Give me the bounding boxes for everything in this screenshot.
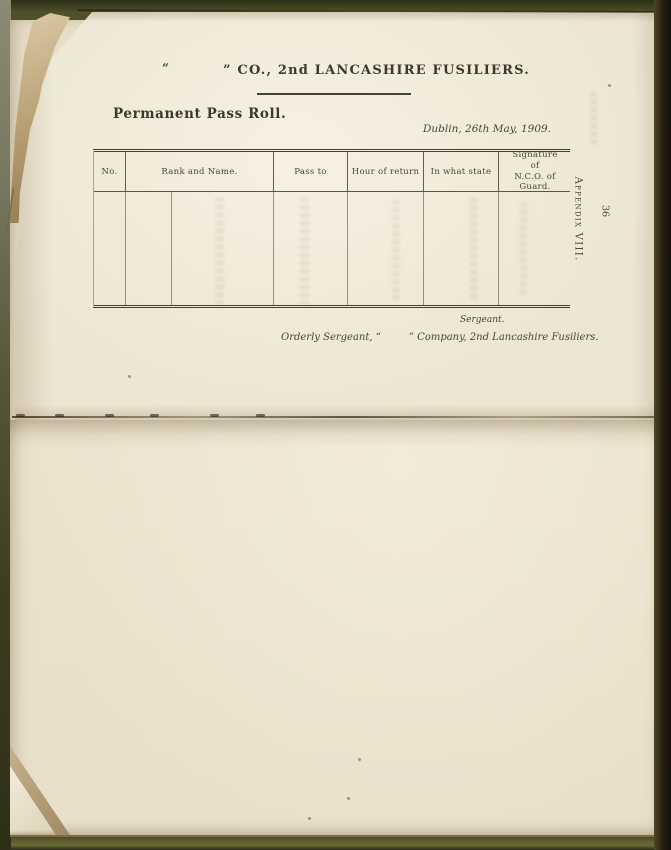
pass-roll-page: “ ” CO., 2nd LANCASHIRE FUSILIERS. Perma… [12, 12, 655, 420]
bleed-through-text [520, 202, 527, 297]
book-photo: “ ” CO., 2nd LANCASHIRE FUSILIERS. Perma… [0, 0, 671, 850]
table-body-row-empty [94, 192, 570, 305]
body-cell-in-what-state [424, 192, 499, 305]
company-blank-quote: “ [162, 61, 169, 75]
page-number: 36 [600, 205, 611, 217]
body-cell-rank-name [126, 192, 274, 305]
column-header-rank-name: Rank and Name. [126, 152, 274, 191]
paper-speck [128, 375, 131, 378]
signature-line3: N.C.O. of Guard. [499, 172, 571, 193]
paper-speck [347, 797, 350, 800]
binding-stitch [150, 414, 159, 417]
table-header-row: No. Rank and Name. Pass to Hour of retur… [94, 152, 570, 192]
sergeant-signature-label: Sergeant. [460, 315, 505, 325]
column-header-no: No. [94, 152, 126, 191]
paper-speck [358, 758, 361, 761]
page-fold-shadow [10, 420, 660, 448]
signature-line2: of [531, 161, 540, 172]
signature-line1: Signature [512, 150, 557, 161]
bleed-through-text [300, 197, 309, 305]
orderly-line-left: Orderly Sergeant, “ [281, 332, 381, 343]
binding-stitch [256, 414, 265, 417]
body-cell-pass-to [274, 192, 348, 305]
body-cell-signature [499, 192, 571, 305]
body-cell-no [94, 192, 126, 305]
page-title: ” CO., 2nd LANCASHIRE FUSILIERS. [223, 63, 530, 78]
bleed-through-text [590, 92, 597, 147]
title-underline [257, 93, 411, 95]
paper-speck [308, 817, 311, 820]
appendix-margin-label: Appendix VIII. [573, 177, 584, 262]
column-header-hour-of-return: Hour of return [348, 152, 424, 191]
column-header-in-what-state: In what state [424, 152, 499, 191]
dateline: Dublin, 26th May, 1909. [423, 123, 551, 135]
bleed-through-text [215, 197, 224, 305]
binding-stitch [55, 414, 64, 417]
body-cell-hour-of-return [348, 192, 424, 305]
binding-stitch [105, 414, 114, 417]
bleed-through-text [392, 200, 400, 300]
form-subtitle: Permanent Pass Roll. [113, 106, 286, 122]
pass-roll-table: No. Rank and Name. Pass to Hour of retur… [93, 149, 570, 308]
orderly-sergeant-line: Orderly Sergeant, “” Company, 2nd Lancas… [281, 332, 599, 343]
book-cover-right-edge [654, 0, 671, 850]
paper-speck [608, 84, 611, 87]
orderly-line-right: ” Company, 2nd Lancashire Fusiliers. [409, 332, 599, 343]
binding-stitch [210, 414, 219, 417]
column-header-signature: Signature of N.C.O. of Guard. [499, 152, 571, 191]
bleed-through-text [470, 198, 478, 302]
column-header-pass-to: Pass to [274, 152, 348, 191]
binding-stitch [16, 414, 25, 417]
